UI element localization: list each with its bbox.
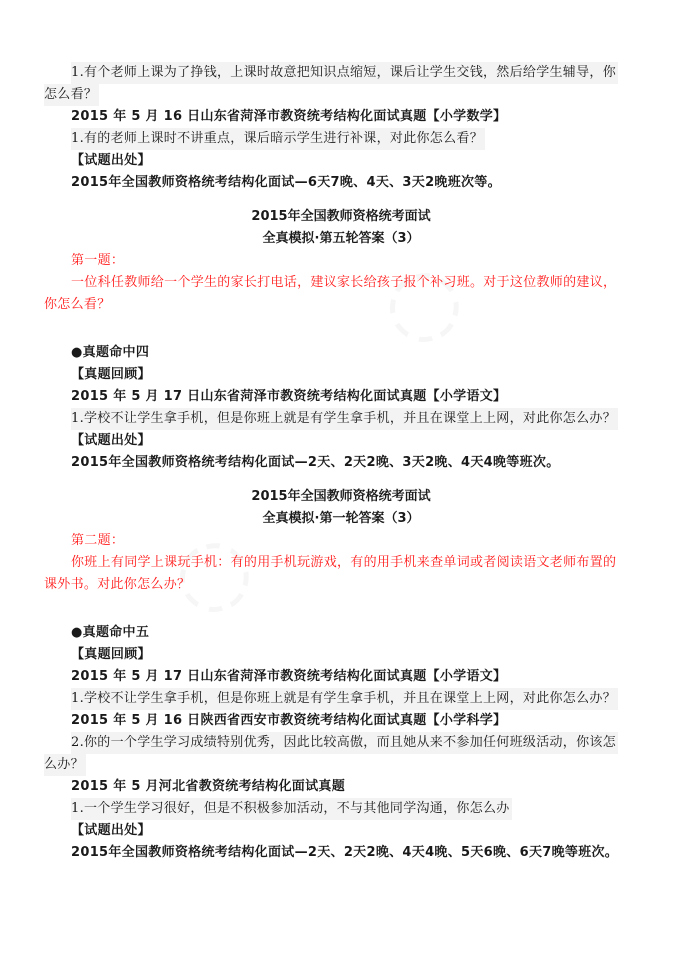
- question-text: 1.学校不让学生拿手机，但是你班上就是有学生拿手机，并且在课堂上上网，对此你怎么…: [71, 688, 618, 710]
- question-text: 1.一个学生学习很好，但是不积极参加活动，不与其他同学沟通，你怎么办: [71, 798, 512, 820]
- mock-exam-section-1: 2015年全国教师资格统考面试 全真模拟·第五轮答案（3） 第一题： 一位科任教…: [44, 206, 638, 316]
- document-page: 1.有个老师上课为了挣钱，上课时故意把知识点缩短，课后让学生交钱，然后给学生辅导…: [44, 62, 638, 864]
- question-text: 1.有的老师上课时不讲重点，课后暗示学生进行补课，对此你怎么看？: [71, 128, 485, 150]
- question-text-wrap: 怎么看？: [44, 84, 99, 106]
- origin-label: 【试题出处】: [44, 430, 638, 452]
- exam-source: 2015 年 5 月河北省教资统考结构化面试真题: [44, 776, 638, 798]
- hit-heading: ●真题命中四: [44, 342, 638, 364]
- exam-source: 2015 年 5 月 16 日山东省菏泽市教资统考结构化面试真题【小学数学】: [44, 106, 638, 128]
- review-label: 【真题回顾】: [44, 644, 638, 666]
- origin-label: 【试题出处】: [44, 820, 638, 842]
- origin-text: 2015年全国教师资格统考结构化面试—6天7晚、4天、3天2晚班次等。: [44, 172, 638, 194]
- question-text: 1.有个老师上课为了挣钱，上课时故意把知识点缩短，课后让学生交钱，然后给学生辅导…: [71, 62, 618, 84]
- origin-text: 2015年全国教师资格统考结构化面试—2天、2天2晚、3天2晚、4天4晚等班次。: [44, 452, 638, 474]
- exam-source: 2015 年 5 月 17 日山东省菏泽市教资统考结构化面试真题【小学语文】: [44, 386, 638, 408]
- question-text: 你班上有同学上课玩手机：有的用手机玩游戏，有的用手机来查单词或者阅读语文老师布置…: [44, 552, 638, 574]
- review-label: 【真题回顾】: [44, 364, 638, 386]
- question-text: 2.你的一个学生学习成绩特别优秀，因此比较高傲，而且她从来不参加任何班级活动，你…: [71, 732, 618, 754]
- question-text: 1.学校不让学生拿手机，但是你班上就是有学生拿手机，并且在课堂上上网，对此你怎么…: [71, 408, 618, 430]
- question-text-wrap: 课外书。对此你怎么办？: [44, 574, 638, 596]
- question-label: 第二题：: [44, 530, 638, 552]
- origin-label: 【试题出处】: [44, 150, 638, 172]
- section-subtitle: 全真模拟·第一轮答案（3）: [44, 508, 638, 530]
- question-text: 一位科任教师给一个学生的家长打电话，建议家长给孩子报个补习班。对于这位教师的建议…: [44, 272, 638, 294]
- question-label: 第一题：: [44, 250, 638, 272]
- previous-questions-block: 1.有个老师上课为了挣钱，上课时故意把知识点缩短，课后让学生交钱，然后给学生辅导…: [44, 62, 638, 194]
- hit-section-5: ●真题命中五 【真题回顾】 2015 年 5 月 17 日山东省菏泽市教资统考结…: [44, 622, 638, 864]
- section-title: 2015年全国教师资格统考面试: [44, 486, 638, 508]
- mock-exam-section-2: 2015年全国教师资格统考面试 全真模拟·第一轮答案（3） 第二题： 你班上有同…: [44, 486, 638, 596]
- hit-heading: ●真题命中五: [44, 622, 638, 644]
- origin-text: 2015年全国教师资格统考结构化面试—2天、2天2晚、4天4晚、5天6晚、6天7…: [44, 842, 638, 864]
- exam-source: 2015 年 5 月 16 日陕西省西安市教资统考结构化面试真题【小学科学】: [44, 710, 638, 732]
- section-subtitle: 全真模拟·第五轮答案（3）: [44, 228, 638, 250]
- section-title: 2015年全国教师资格统考面试: [44, 206, 638, 228]
- hit-section-4: ●真题命中四 【真题回顾】 2015 年 5 月 17 日山东省菏泽市教资统考结…: [44, 342, 638, 474]
- question-text-wrap: 你怎么看？: [44, 294, 638, 316]
- question-text-wrap: 么办？: [44, 754, 86, 776]
- exam-source: 2015 年 5 月 17 日山东省菏泽市教资统考结构化面试真题【小学语文】: [44, 666, 638, 688]
